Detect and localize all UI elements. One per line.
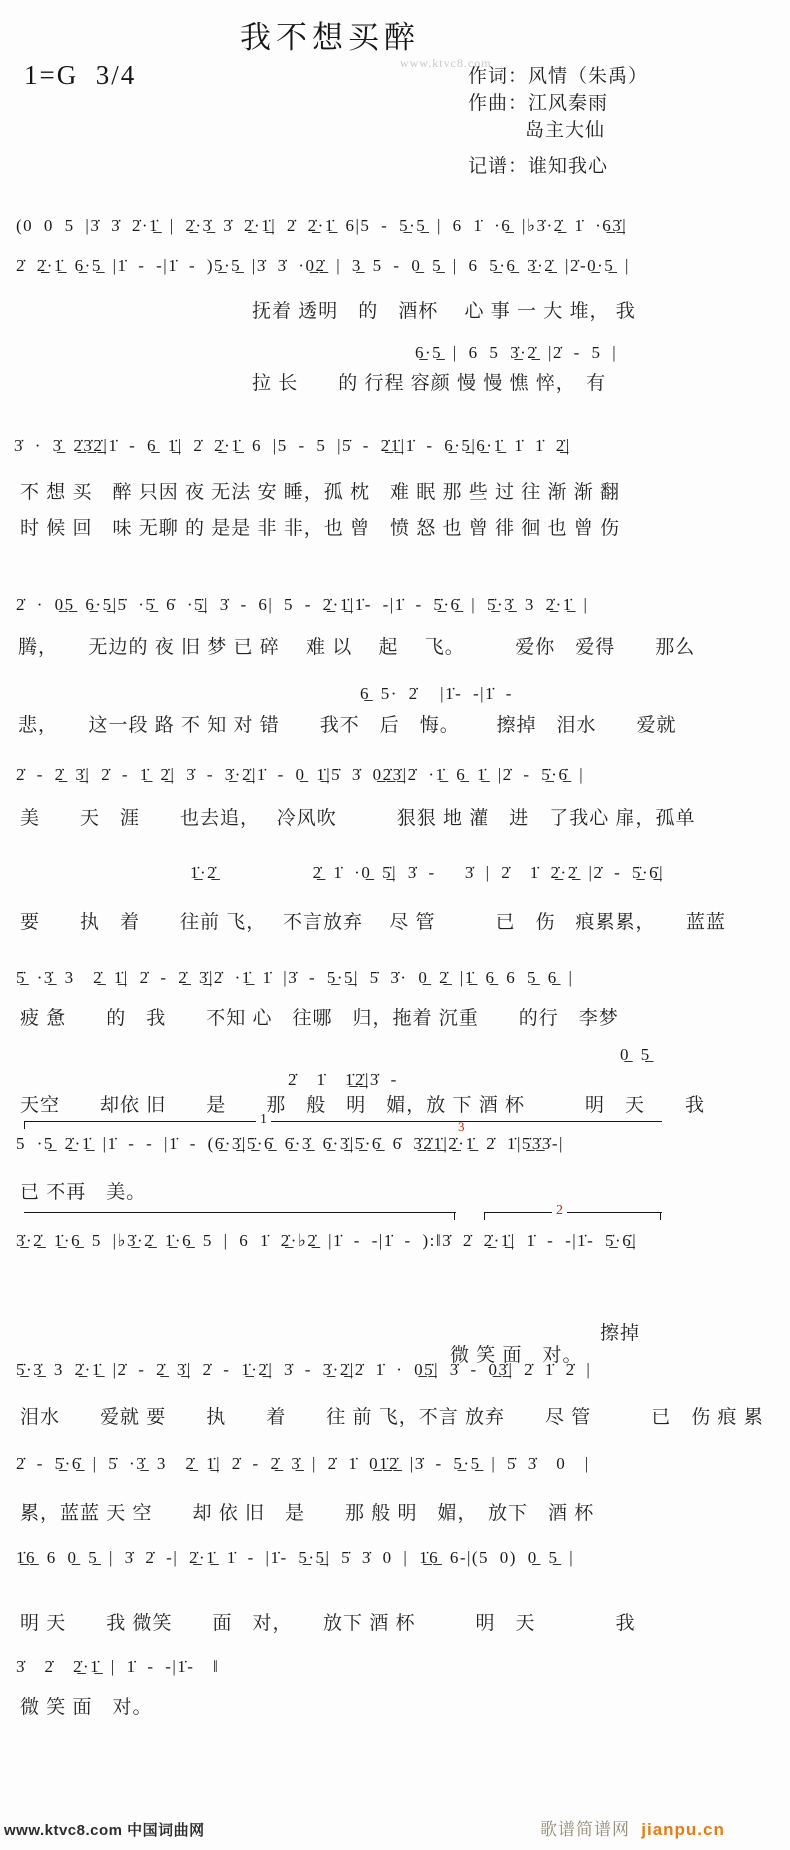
first-ending-bracket <box>24 1121 662 1122</box>
first-ending-number: 1 <box>256 1112 271 1128</box>
lyrics-line: 拉 长 的 行程 容颜 慢 慢 憔 悴， 有 <box>252 368 606 395</box>
triplet-number: 3 <box>458 1119 465 1135</box>
footer-site-name: 歌谱简谱网 <box>540 1820 630 1839</box>
composer-credit: 作曲：江风秦雨 <box>468 90 648 117</box>
footer-site-right: 歌谱简谱网 jianpu.cn <box>540 1815 725 1840</box>
music-line: 3̲̇·2̲̇ 1̲̇·6̲ 5 |♭3̲̇·2̲̇ 1̲̇·6̲ 5 | 6 … <box>16 1231 637 1251</box>
music-line: 5̲̇ ·3̲̇ 3 2̲̇ 1̲̇| 2̇ - 2̲̇ 3̲̇|2̇ ·1̲̇… <box>16 963 573 988</box>
composer-credit-2: 岛主大仙 <box>468 117 648 144</box>
lyrics-line: 腾， 无边的 夜 旧 梦 已 碎 难 以 起 飞。 爱你 爱得 那么 <box>18 632 695 659</box>
lyrics-line: 累，蓝蓝 天 空 却 依 旧 是 那 般 明 媚， 放下 酒 杯 <box>20 1498 594 1525</box>
second-ending-number: 2 <box>552 1203 567 1219</box>
music-line: 2̇ - 2̲̇ 3̲̇| 2̇ - 1̲̇ 2̲̇| 3̇ - 3̲̇·2̲̇… <box>16 765 584 785</box>
second-ending-bracket <box>484 1212 662 1213</box>
song-title: 我不想买醉 <box>0 12 660 57</box>
transcriber-credit: 记谱：谁知我心 <box>468 153 648 180</box>
music-line: 3̇ · 3̲̇ 2̲̇3̲̇2̲̇|1̇ - 6̲ 1̲̇| 2̇ 2̲̇·1… <box>14 436 571 456</box>
music-line: 1̲̇6̲ 6 0̲ 5̲ | 3̇ 2̇ -| 2̲̇·1̲̇ 1̇ - |1… <box>16 1548 574 1568</box>
lyrics-line: 时 候 回 味 无聊 的 是是 非 非，也 曾 愤 怒 也 曾 徘 徊 也 曾 … <box>20 513 620 540</box>
music-line: 2̇ 1̇ 1̲̇2̲̇|3̇ - 0̲ 5̲ <box>245 1045 665 1130</box>
music-fragment: 0̲ 5̲ <box>620 1045 651 1065</box>
lyrics-line: 疲 惫 的 我 不知 心 往哪 归，拖着 沉重 的行 李梦 <box>20 1003 619 1030</box>
music-line: 2̇ - 5̲̇·6̲̇ | 5̇ ·3̲̇ 3 2̲̇ 1̲̇| 2̇ - 2… <box>16 1449 590 1474</box>
lyrics-line: 已 不再 美。 <box>20 1177 146 1204</box>
music-line: 1̲̇·2̲̇ 2̲̇ 1̇ ·0̲ 5̲̇| 3̇ - 3̇ | 2̇ 1̇ … <box>190 858 664 883</box>
music-line: 6̲ 5· 2̇ |1̇- -|1̇ - <box>360 684 513 704</box>
lyrics-line: 微 笑 面 对。 <box>20 1692 153 1719</box>
first-ending-bracket-continue <box>24 1212 456 1213</box>
footer-site-url: jianpu.cn <box>641 1820 725 1839</box>
music-line: 2̇ · 0̲5̲ 6̲·5̲|5̇ ·5̲̇ 6̇ ·5̲̇| 3̇ - 6|… <box>16 595 588 615</box>
music-line: 3̇ 2̇ 2̲̇·1̲̇ | 1̇ - -|1̇- ‖ <box>16 1652 219 1677</box>
lyrics-line: 泪水 爱就 要 执 着 往 前 飞，不言 放弃 尽 管 已 伤 痕 累 <box>20 1402 764 1429</box>
music-line: (0 0 5 |3̇ 3̇ 2̇·1̲̇ | 2̲̇·3̲̇ 3̇ 2̲̇·1̲… <box>16 216 627 236</box>
first-ending-bracket-end-tick <box>454 1212 455 1220</box>
first-ending-bracket-tick <box>24 1121 25 1129</box>
footer-site-left: www.ktvc8.com 中国词曲网 <box>4 1819 205 1840</box>
second-ending-bracket-tick <box>484 1212 485 1220</box>
lyrics-line: 天空 却依 旧 是 那 般 明 媚，放 下 酒 杯 明 天 我 <box>20 1090 705 1117</box>
lyrics-line: 悲， 这一段 路 不 知 对 错 我不 后 悔。 擦掉 泪水 爱就 <box>18 710 677 737</box>
music-line: 5 ·5̲ 2̲̇·1̲̇ |1̇ - - |1̇ - (6̲̇·3̲̇|5̲̇… <box>16 1134 564 1154</box>
music-fragment: 2̇ 1̇ 1̲̇2̲̇|3̇ - <box>288 1070 398 1089</box>
lyrics-line: 要 执 着 往前 飞， 不言放弃 尽 管 已 伤 痕累累， 蓝蓝 <box>20 907 726 934</box>
music-line: 6̲·5̲ | 6 5 3̲̇·2̲̇ |2̇ - 5 | <box>415 343 617 363</box>
sheet-music-page: 我不想买醉 1=G 3/4 www.ktvc8.com 作词：风情（朱禹） 作曲… <box>0 0 790 1850</box>
lyrics-line: 抚着 透明 的 酒杯 心 事 一 大 堆， 我 <box>252 296 636 323</box>
music-line: 5̲̇·3̲̇ 3 2̲̇·1̲̇ |2̇ - 2̲̇ 3̲̇| 2̇ - 1̲… <box>16 1360 591 1380</box>
second-ending-bracket-tick <box>660 1212 661 1220</box>
music-line: 2̇ 2̲̇·1̲̇ 6̲·5̲ |1̇ - -|1̇ - )5̲·5̲ |3̇… <box>16 256 630 276</box>
lyrics-line: 美 天 涯 也去追， 冷风吹 狠狠 地 灌 进 了我心 扉，孤单 <box>20 803 696 830</box>
key-signature: 1=G 3/4 <box>24 60 136 91</box>
lyrics-line: 明 天 我 微笑 面 对， 放下 酒 杯 明 天 我 <box>20 1608 636 1635</box>
lyricist-credit: 作词：风情（朱禹） <box>468 63 648 90</box>
lyrics-line: 不 想 买 醉 只因 夜 无法 安 睡，孤 枕 难 眠 那 些 过 往 渐 渐 … <box>20 477 620 504</box>
credits-block: 作词：风情（朱禹） 作曲：江风秦雨 岛主大仙 记谱：谁知我心 <box>468 63 648 180</box>
lyrics-fragment: 擦掉 <box>600 1318 640 1345</box>
